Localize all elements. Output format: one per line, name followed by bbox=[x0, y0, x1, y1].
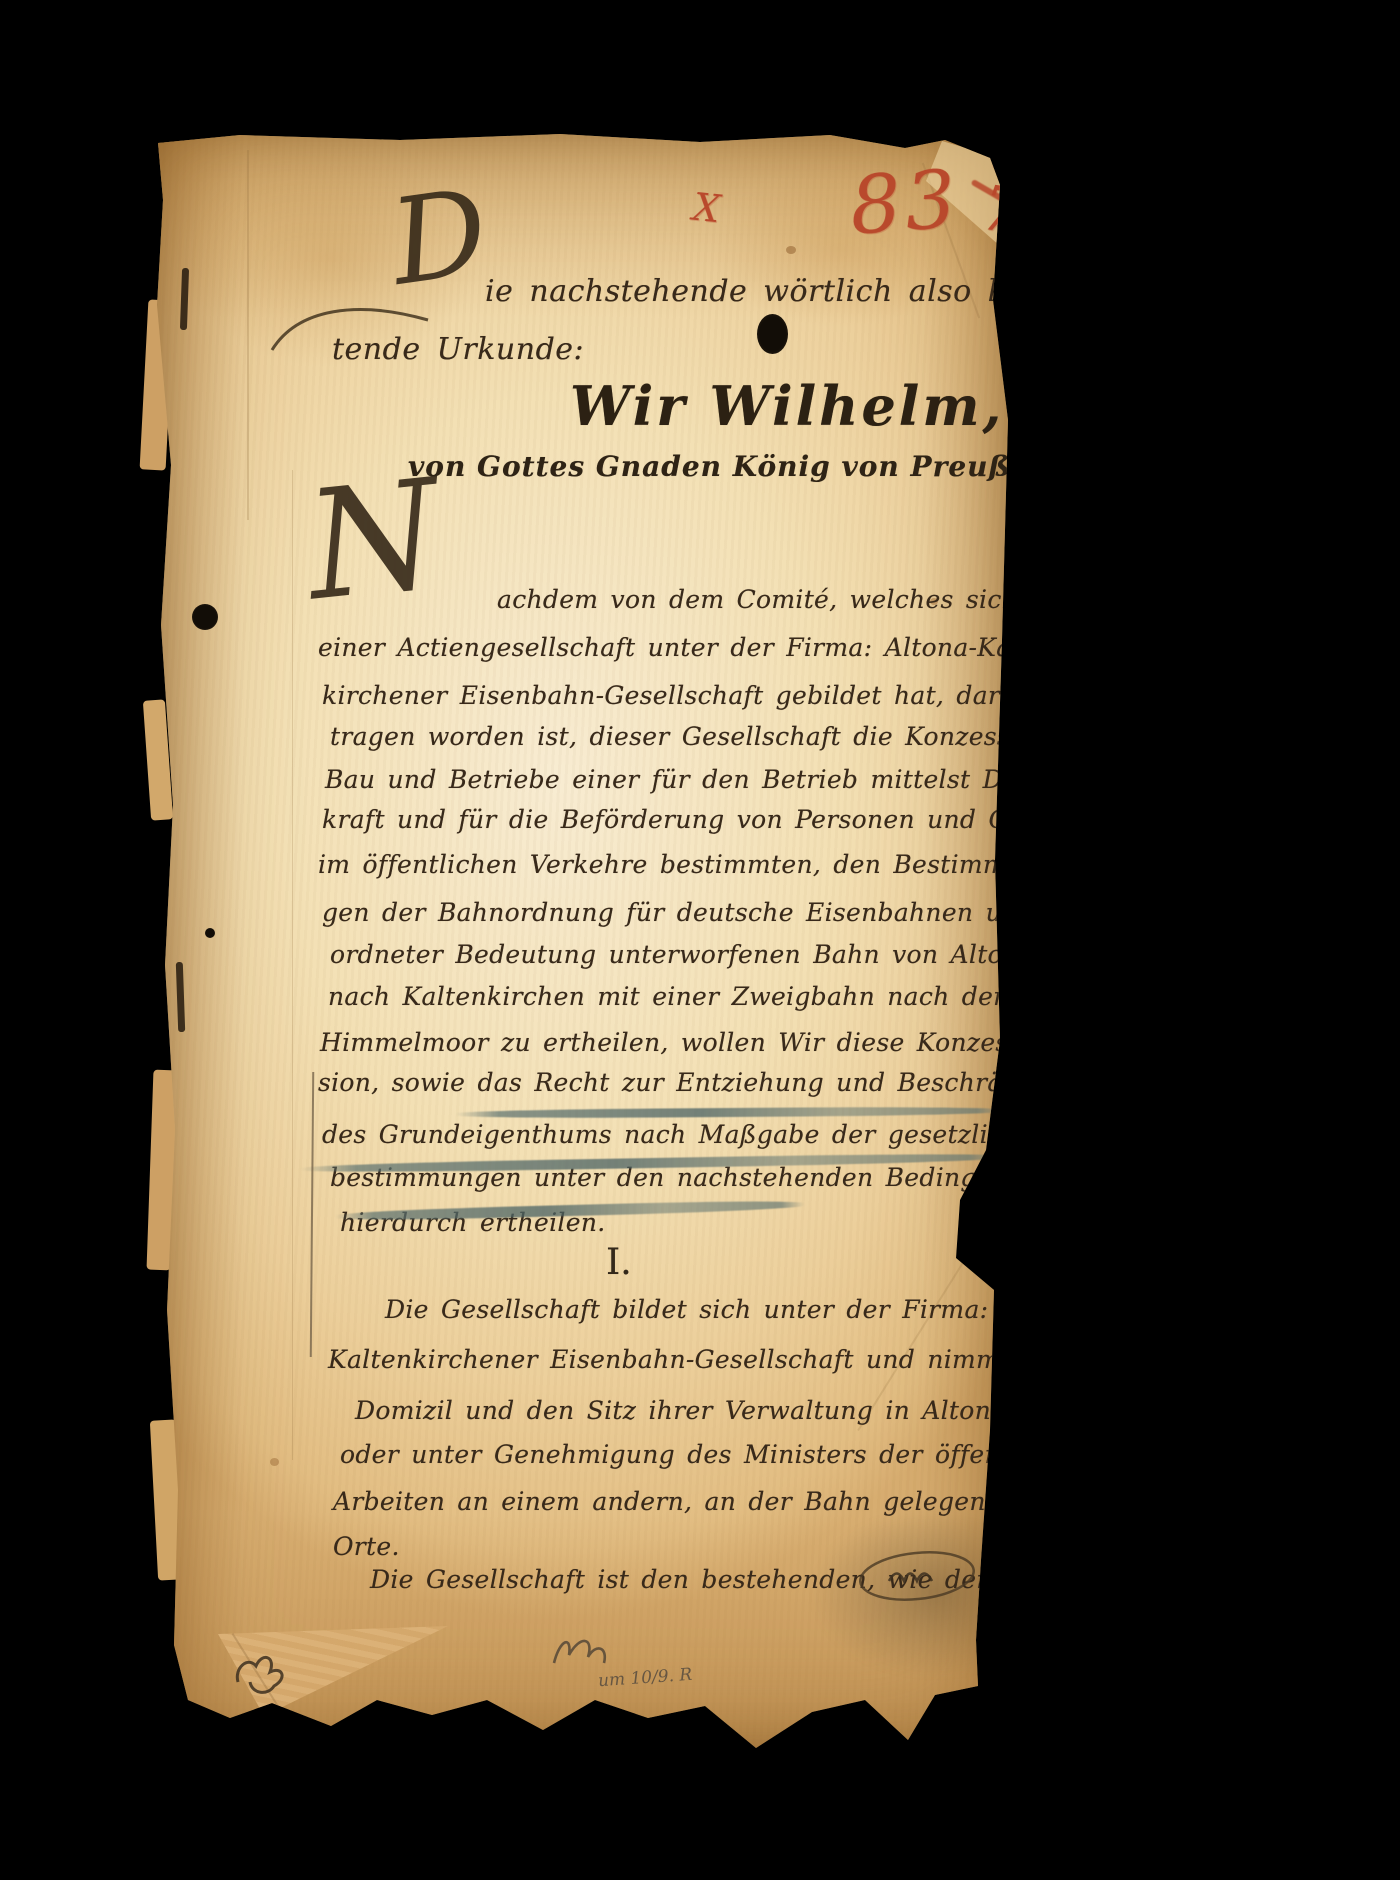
blue-underline bbox=[455, 1106, 1005, 1119]
body-line: im öffentlichen Verkehre bestimmten, den… bbox=[318, 850, 1049, 879]
fold-crease bbox=[292, 470, 293, 1460]
body-line: einer Actiengesellschaft unter der Firma… bbox=[318, 633, 1070, 662]
section-line: Orte. bbox=[333, 1532, 400, 1561]
section-line: oder unter Genehmigung des Ministers der… bbox=[340, 1440, 1090, 1469]
body-line: achdem von dem Comité, welches sich zur … bbox=[497, 585, 1215, 614]
body-line: kirchener Eisenbahn-Gesellschaft gebilde… bbox=[322, 681, 1125, 710]
flourish-initial-D: D bbox=[384, 172, 494, 302]
fold-crease bbox=[247, 150, 249, 520]
red-page-number: 83 bbox=[847, 152, 963, 252]
body-line: gen der Bahnordnung für deutsche Eisenba… bbox=[322, 898, 1096, 927]
section-line: Die Gesellschaft ist den bestehenden, wi… bbox=[370, 1565, 1098, 1594]
preamble-line: tende Urkunde: bbox=[332, 332, 584, 367]
red-crossed-number: 74 bbox=[977, 171, 1069, 255]
foxing-spot bbox=[786, 246, 796, 254]
body-line: Himmelmoor zu ertheilen, wollen Wir dies… bbox=[320, 1028, 1017, 1057]
body-line: nach Kaltenkirchen mit einer Zweigbahn n… bbox=[328, 982, 1017, 1011]
document-page: X 83 74 D ie nachstehende wörtlich also … bbox=[150, 128, 1015, 1753]
staple-slot bbox=[176, 962, 185, 1032]
document-title: Wir Wilhelm, bbox=[570, 374, 1004, 438]
circled-flourish bbox=[855, 1543, 980, 1609]
red-strike-line bbox=[992, 163, 1074, 219]
photo-of-document: X 83 74 D ie nachstehende wörtlich also … bbox=[0, 0, 1400, 1880]
section-line: Kaltenkirchener Eisenbahn-Gesellschaft u… bbox=[328, 1345, 1060, 1374]
hole-punch-left bbox=[192, 604, 218, 630]
hole-punch-top bbox=[757, 314, 788, 354]
flourish-initial-N: N bbox=[301, 460, 447, 623]
body-line: sion, sowie das Recht zur Entziehung und… bbox=[318, 1068, 1084, 1097]
red-check-mark: X bbox=[691, 185, 723, 232]
body-line: Bau und Betriebe einer für den Betrieb m… bbox=[325, 765, 1076, 794]
preamble-line: ie nachstehende wörtlich also lau- bbox=[485, 274, 1047, 309]
ink-mark-corner bbox=[232, 1648, 302, 1704]
hole-punch-small bbox=[205, 928, 215, 938]
body-line: ordneter Bedeutung unterworfenen Bahn vo… bbox=[330, 940, 1035, 969]
foxing-spot bbox=[270, 1458, 279, 1466]
section-number: I. bbox=[606, 1242, 632, 1283]
section-line: Domizil und den Sitz ihrer Verwaltung in… bbox=[355, 1396, 1006, 1425]
pencil-monogram bbox=[548, 1633, 618, 1673]
staple-slot bbox=[180, 268, 189, 330]
pencil-margin-line bbox=[310, 1072, 314, 1357]
document-subtitle: von Gottes Gnaden König von Preußen etc. bbox=[408, 450, 1123, 483]
body-line: des Grundeigenthums nach Maßgabe der ges… bbox=[322, 1120, 1050, 1149]
section-line: Die Gesellschaft bildet sich unter der F… bbox=[385, 1295, 1093, 1324]
body-line: kraft und für die Beförderung von Person… bbox=[322, 805, 1079, 834]
section-line: Arbeiten an einem andern, an der Bahn ge… bbox=[333, 1487, 1017, 1516]
body-line: tragen worden ist, dieser Gesellschaft d… bbox=[330, 722, 1116, 751]
